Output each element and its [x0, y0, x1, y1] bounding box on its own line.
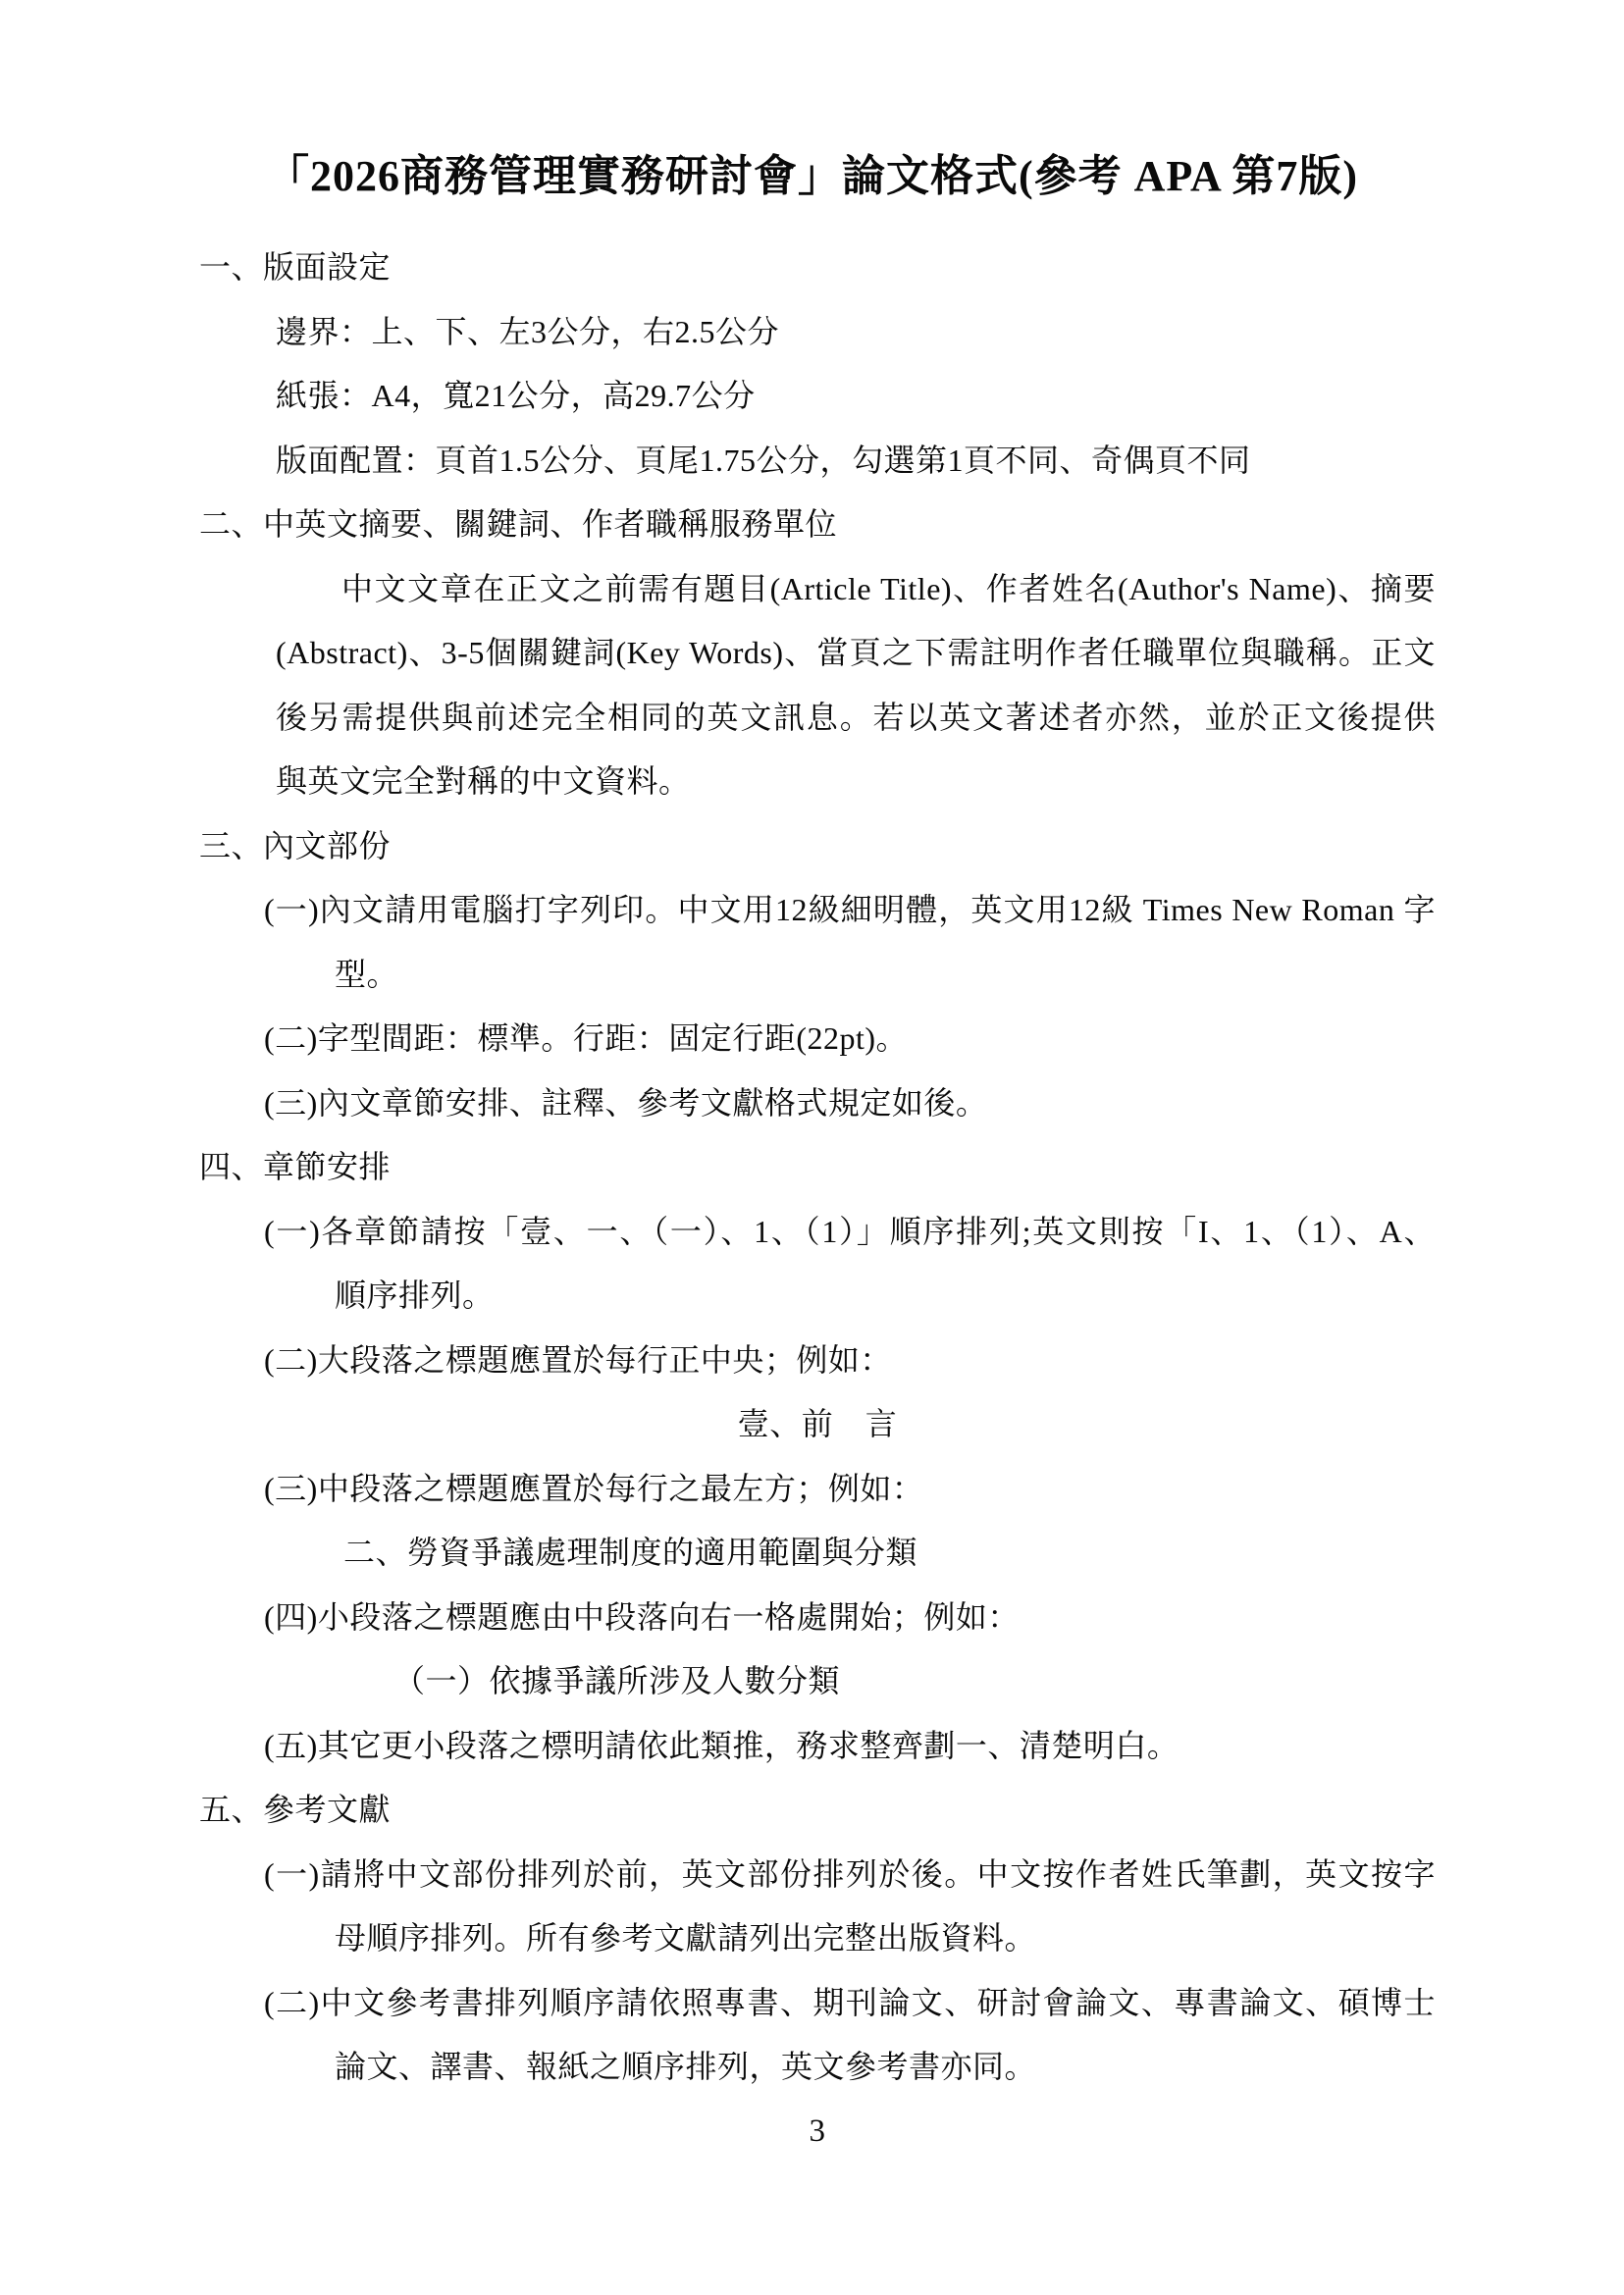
section-5-item-1-line-2: 母順序排列。所有參考文獻請列出完整出版資料。 [335, 1906, 1436, 1971]
section-5-item-1-line-1: (一)請將中文部份排列於前，英文部份排列於後。中文按作者姓氏筆劃，英文按字 [264, 1843, 1436, 1907]
page-number: 3 [199, 2100, 1436, 2165]
section-4-item-1-line-1: (一)各章節請按「壹、一、（一）、1、（1）」順序排列;英文則按「I、1、（1）… [264, 1200, 1436, 1265]
section-1-line-paper: 紙張：A4，寬21公分，高29.7公分 [276, 364, 1436, 429]
section-2-paragraph-line-1: 中文文章在正文之前需有題目(Article Title)、作者姓名(Author… [341, 557, 1436, 622]
section-4-item-2: (二)大段落之標題應置於每行正中央；例如： [264, 1329, 1436, 1393]
section-5-heading: 五、參考文獻 [199, 1778, 1436, 1843]
section-2-paragraph-line-3: 後另需提供與前述完全相同的英文訊息。若以英文著述者亦然，並於正文後提供 [276, 686, 1436, 751]
document-title: 「2026商務管理實務研討會」論文格式(參考 APA 第7版) [0, 135, 1624, 218]
section-4-example-left-heading: 二、勞資爭議處理制度的適用範圍與分類 [343, 1521, 1436, 1586]
section-4-item-3: (三)中段落之標題應置於每行之最左方；例如： [264, 1457, 1436, 1522]
section-1-line-layout: 版面配置：頁首1.5公分、頁尾1.75公分，勾選第1頁不同、奇偶頁不同 [276, 429, 1436, 494]
section-2-heading: 二、中英文摘要、關鍵詞、作者職稱服務單位 [199, 493, 1436, 557]
section-5-item-2-line-2: 論文、譯書、報紙之順序排列，英文參考書亦同。 [335, 2035, 1436, 2100]
document-page: 「2026商務管理實務研討會」論文格式(參考 APA 第7版) 一、版面設定 邊… [0, 0, 1624, 2295]
section-3-item-3: (三)內文章節安排、註釋、參考文獻格式規定如後。 [264, 1071, 1436, 1136]
document-body: 一、版面設定 邊界：上、下、左3公分，右2.5公分 紙張：A4，寬21公分，高2… [199, 235, 1436, 2164]
section-3-item-1-line-2: 型。 [335, 943, 1436, 1008]
section-5-item-2-line-1: (二)中文參考書排列順序請依照專書、期刊論文、研討會論文、專書論文、碩博士 [264, 1971, 1436, 2036]
section-3-item-1-line-1: (一)內文請用電腦打字列印。中文用12級細明體，英文用12級 Times New… [264, 878, 1436, 943]
section-1-heading: 一、版面設定 [199, 235, 1436, 300]
section-3-item-2: (二)字型間距：標準。行距：固定行距(22pt)。 [264, 1007, 1436, 1071]
section-4-item-1-line-2: 順序排列。 [335, 1264, 1436, 1329]
section-4-item-5: (五)其它更小段落之標明請依此類推，務求整齊劃一、清楚明白。 [264, 1714, 1436, 1779]
section-2-paragraph-line-4: 與英文完全對稱的中文資料。 [276, 750, 1436, 814]
section-4-example-centered-heading: 壹、前 言 [199, 1392, 1436, 1457]
section-4-heading: 四、章節安排 [199, 1135, 1436, 1200]
section-2-paragraph-line-2: (Abstract)、3-5個關鍵詞(Key Words)、當頁之下需註明作者任… [276, 621, 1436, 686]
section-4-item-4: (四)小段落之標題應由中段落向右一格處開始；例如： [264, 1586, 1436, 1650]
section-1-line-margins: 邊界：上、下、左3公分，右2.5公分 [276, 300, 1436, 365]
section-3-heading: 三、內文部份 [199, 814, 1436, 879]
section-4-example-small-heading: （一）依據爭議所涉及人數分類 [393, 1649, 1436, 1714]
